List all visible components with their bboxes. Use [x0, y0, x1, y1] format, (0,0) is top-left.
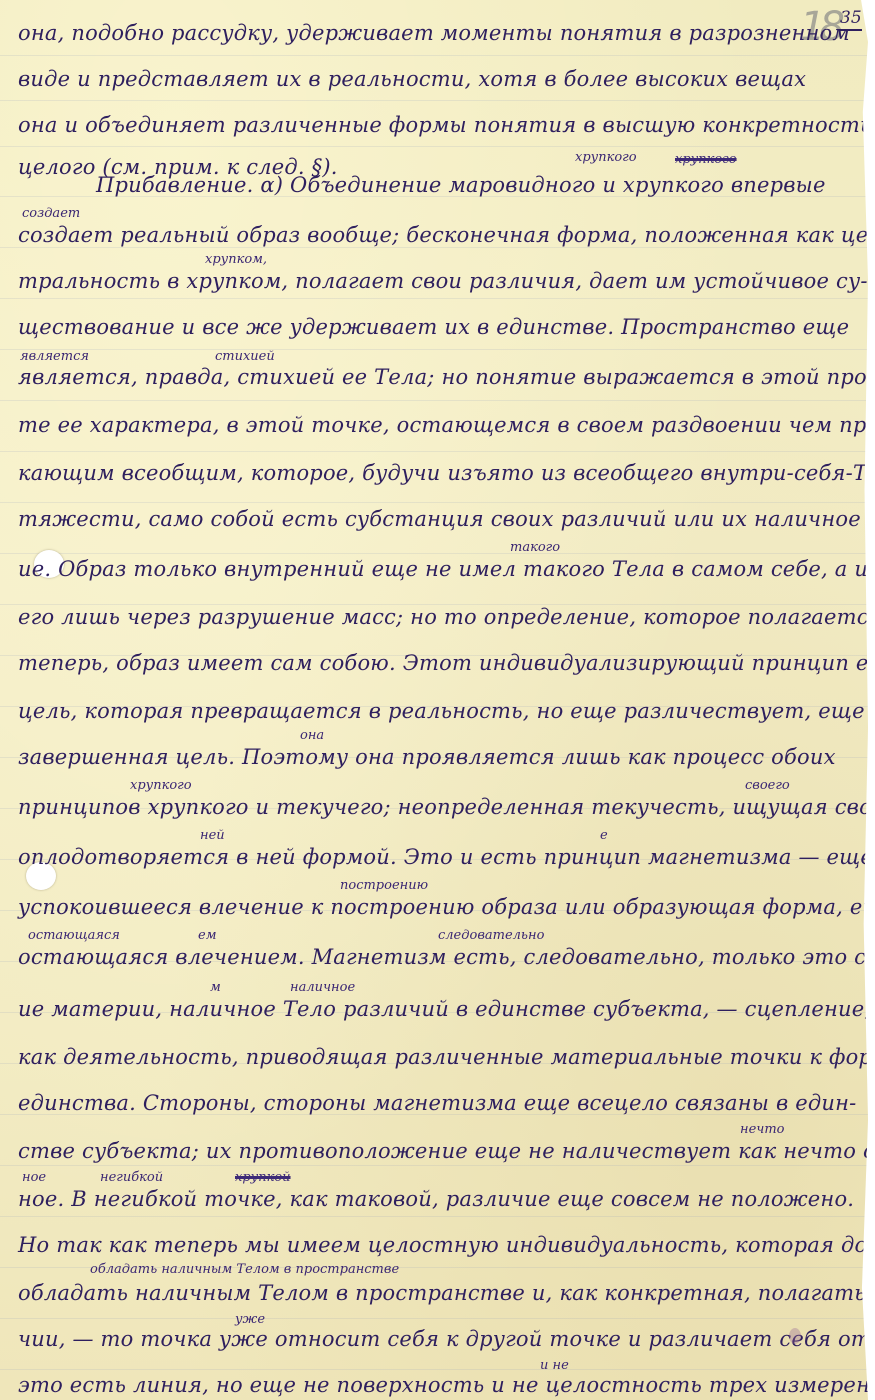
insertion: е [600, 828, 608, 843]
manuscript-line: тральность в хрупком, полагает свои разл… [18, 268, 854, 294]
insertion: построению [340, 878, 428, 893]
insertion: она [300, 728, 324, 743]
insertion: м [210, 980, 221, 995]
insertion: ем [198, 928, 216, 943]
manuscript-line: цель, которая превращается в реальность,… [18, 698, 854, 724]
insertion: создает [22, 206, 80, 221]
deleted-insertion: хрупкой [235, 1170, 291, 1185]
manuscript-line: является, правда, стихией ее Тела; но по… [18, 364, 854, 390]
manuscript-line: ие. Образ только внутренний еще не имел … [18, 556, 854, 582]
ruled-line [0, 502, 868, 503]
ruled-line [0, 1369, 868, 1370]
manuscript-line: успокоившееся влечение к построению обра… [18, 894, 854, 920]
manuscript-line: стве субъекта; их противоположение еще н… [18, 1138, 854, 1164]
manuscript-line: оплодотворяется в ней формой. Это и есть… [18, 844, 854, 870]
insertion: такого [510, 540, 560, 555]
manuscript-line: Прибавление. α) Объединение маровидного … [96, 172, 854, 198]
ruled-line [0, 298, 868, 299]
manuscript-line: завершенная цель. Поэтому она проявляетс… [18, 744, 854, 770]
manuscript-line: остающаяся влечением. Магнетизм есть, сл… [18, 944, 854, 970]
ruled-line [0, 400, 868, 401]
manuscript-line: ие материи, наличное Тело различий в еди… [18, 996, 854, 1022]
insertion: наличное [290, 980, 355, 995]
manuscript-line: тяжести, само собой есть субстанция свои… [18, 506, 854, 532]
insertion: ное [22, 1170, 46, 1185]
ruled-line [0, 1216, 868, 1217]
insertion: хрупкого [130, 778, 192, 793]
ruled-line [0, 55, 868, 56]
insertion: хрупком, [205, 252, 267, 267]
manuscript-line: виде и представляет их в реальности, хот… [18, 66, 854, 92]
manuscript-line: Но так как теперь мы имеем целостную инд… [18, 1232, 854, 1258]
ruled-line [0, 553, 868, 554]
insertion: и не [540, 1358, 569, 1373]
insertion: обладать наличным Телом в пространстве [90, 1262, 399, 1277]
insertion: уже [235, 1312, 265, 1327]
manuscript-page: 18 35 она, подобно рассудку, удерживает … [0, 0, 868, 1400]
insertion: нечто [740, 1122, 785, 1137]
manuscript-line: принципов хрупкого и текучего; неопредел… [18, 794, 854, 820]
insertion: хрупкого [575, 150, 637, 165]
manuscript-line: теперь, образ имеет сам собою. Этот инди… [18, 650, 854, 676]
manuscript-line: обладать наличным Телом в пространстве и… [18, 1280, 854, 1306]
insertion: ней [200, 828, 225, 843]
manuscript-line: она, подобно рассудку, удерживает момент… [18, 20, 854, 46]
insertion: следовательно [438, 928, 544, 943]
ruled-line [0, 100, 868, 101]
manuscript-line: кающим всеобщим, которое, будучи изъято … [18, 460, 854, 486]
insertion: стихией [215, 349, 275, 364]
manuscript-line: она и объединяет различенные формы понят… [18, 112, 854, 138]
ruled-line [0, 1165, 868, 1166]
ruled-line [0, 146, 868, 147]
manuscript-line: как деятельность, приводящая различенные… [18, 1044, 854, 1070]
ink-stain [789, 1328, 801, 1344]
manuscript-line: ное. В негибкой точке, как таковой, разл… [18, 1186, 854, 1212]
manuscript-line: создает реальный образ вообще; бесконечн… [18, 222, 854, 248]
ruled-line [0, 1318, 868, 1319]
manuscript-line: те ее характера, в этой точке, остающемс… [18, 412, 854, 438]
ruled-line [0, 349, 868, 350]
insertion: негибкой [100, 1170, 163, 1185]
manuscript-line: его лишь через разрушение масс; но то оп… [18, 604, 854, 630]
ruled-line [0, 451, 868, 452]
deleted-insertion: хрупкого [675, 152, 737, 167]
insertion: является [20, 349, 89, 364]
manuscript-line: единства. Стороны, стороны магнетизма ещ… [18, 1090, 854, 1116]
insertion: остающаяся [28, 928, 120, 943]
insertion: своего [745, 778, 790, 793]
manuscript-line: ществование и все же удерживает их в еди… [18, 314, 854, 340]
manuscript-line: чии, — то точка уже относит себя к друго… [18, 1326, 854, 1352]
manuscript-line: это есть линия, но еще не поверхность и … [18, 1372, 854, 1398]
